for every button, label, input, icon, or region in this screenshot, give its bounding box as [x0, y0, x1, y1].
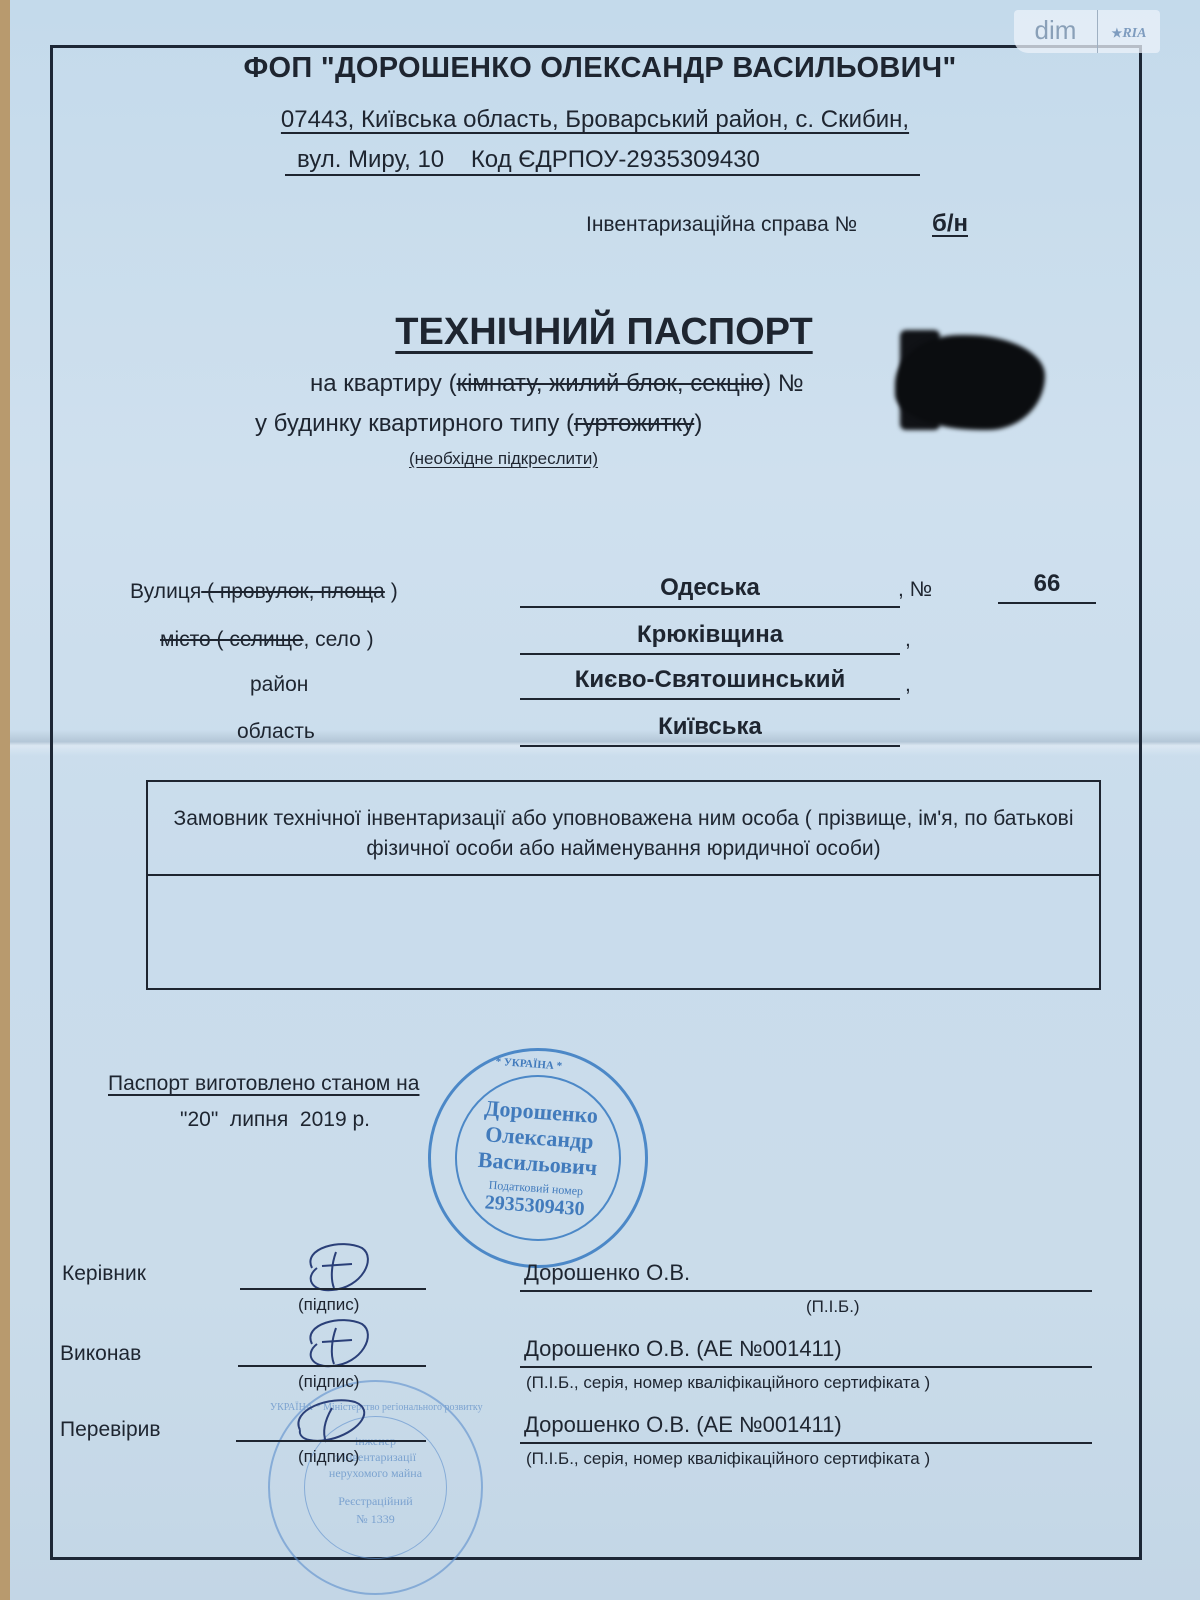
- redaction-mark: [895, 335, 1045, 430]
- watermark-ria-logo: ★RIA: [1098, 10, 1160, 53]
- organization-name: ФОП "ДОРОШЕНКО ОЛЕКСАНДР ВАСИЛЬОВИЧ": [0, 52, 1200, 85]
- handwritten-signature-icon: [290, 1390, 380, 1446]
- district-label: район: [250, 673, 308, 697]
- city-label: місто ( селище, село ): [160, 628, 374, 652]
- street-value: Одеська: [520, 574, 900, 608]
- name-caption: (П.І.Б., серія, номер кваліфікаційного с…: [526, 1449, 930, 1469]
- title-apartment-line: на квартиру (кімнату, жилий блок, секцію…: [310, 370, 804, 398]
- handwritten-signature-icon: [292, 1238, 382, 1294]
- region-value: Київська: [520, 713, 900, 747]
- comma: ,: [905, 673, 911, 697]
- number-label: , №: [898, 578, 932, 602]
- signature-role: Виконав: [60, 1342, 141, 1366]
- dimria-watermark: dim ★RIA: [1014, 10, 1160, 53]
- inventory-case-label: Інвентаризаційна справа №: [586, 213, 857, 237]
- signer-name: Дорошенко О.В.: [524, 1260, 690, 1286]
- comma: ,: [905, 628, 911, 652]
- region-label: область: [237, 720, 315, 744]
- title-note: (необхідне підкреслити): [409, 449, 598, 469]
- prepared-date: "20" липня 2019 р.: [180, 1108, 370, 1132]
- building-number-value: 66: [998, 570, 1096, 604]
- customer-heading: Замовник технічної інвентаризації або уп…: [148, 782, 1099, 876]
- customer-value: [148, 876, 1099, 986]
- signature-caption: (підпис): [298, 1447, 359, 1467]
- prepared-label: Паспорт виготовлено станом на: [108, 1072, 419, 1096]
- address-line-1: 07443, Київська область, Броварський рай…: [0, 106, 1190, 134]
- watermark-dim-text: dim: [1014, 10, 1098, 53]
- stamp-ring-text: * УКРАЇНА *: [495, 1056, 562, 1073]
- address-line-2: вул. Миру, 10 Код ЄДРПОУ-2935309430: [285, 146, 920, 176]
- city-value: Крюківщина: [520, 621, 900, 655]
- star-icon: ★: [1112, 26, 1123, 40]
- name-caption: (П.І.Б., серія, номер кваліфікаційного с…: [526, 1373, 930, 1393]
- signer-name: Дорошенко О.В. (АЕ №001411): [524, 1336, 842, 1362]
- signature-caption: (підпис): [298, 1372, 359, 1392]
- title-building-line: у будинку квартирного типу (гуртожитку): [255, 410, 702, 438]
- signature-caption: (підпис): [298, 1295, 359, 1315]
- signature-role: Керівник: [62, 1262, 146, 1286]
- name-caption: (П.І.Б.): [806, 1297, 860, 1317]
- street-label: Вулиця ( провулок, площа ): [130, 580, 398, 604]
- customer-box: Замовник технічної інвентаризації або уп…: [146, 780, 1101, 990]
- inventory-case-value: б/н: [932, 210, 968, 238]
- handwritten-signature-icon: [292, 1314, 382, 1370]
- signer-name: Дорошенко О.В. (АЕ №001411): [524, 1412, 842, 1438]
- signature-role: Перевірив: [60, 1418, 161, 1442]
- district-value: Києво-Святошинський: [520, 666, 900, 700]
